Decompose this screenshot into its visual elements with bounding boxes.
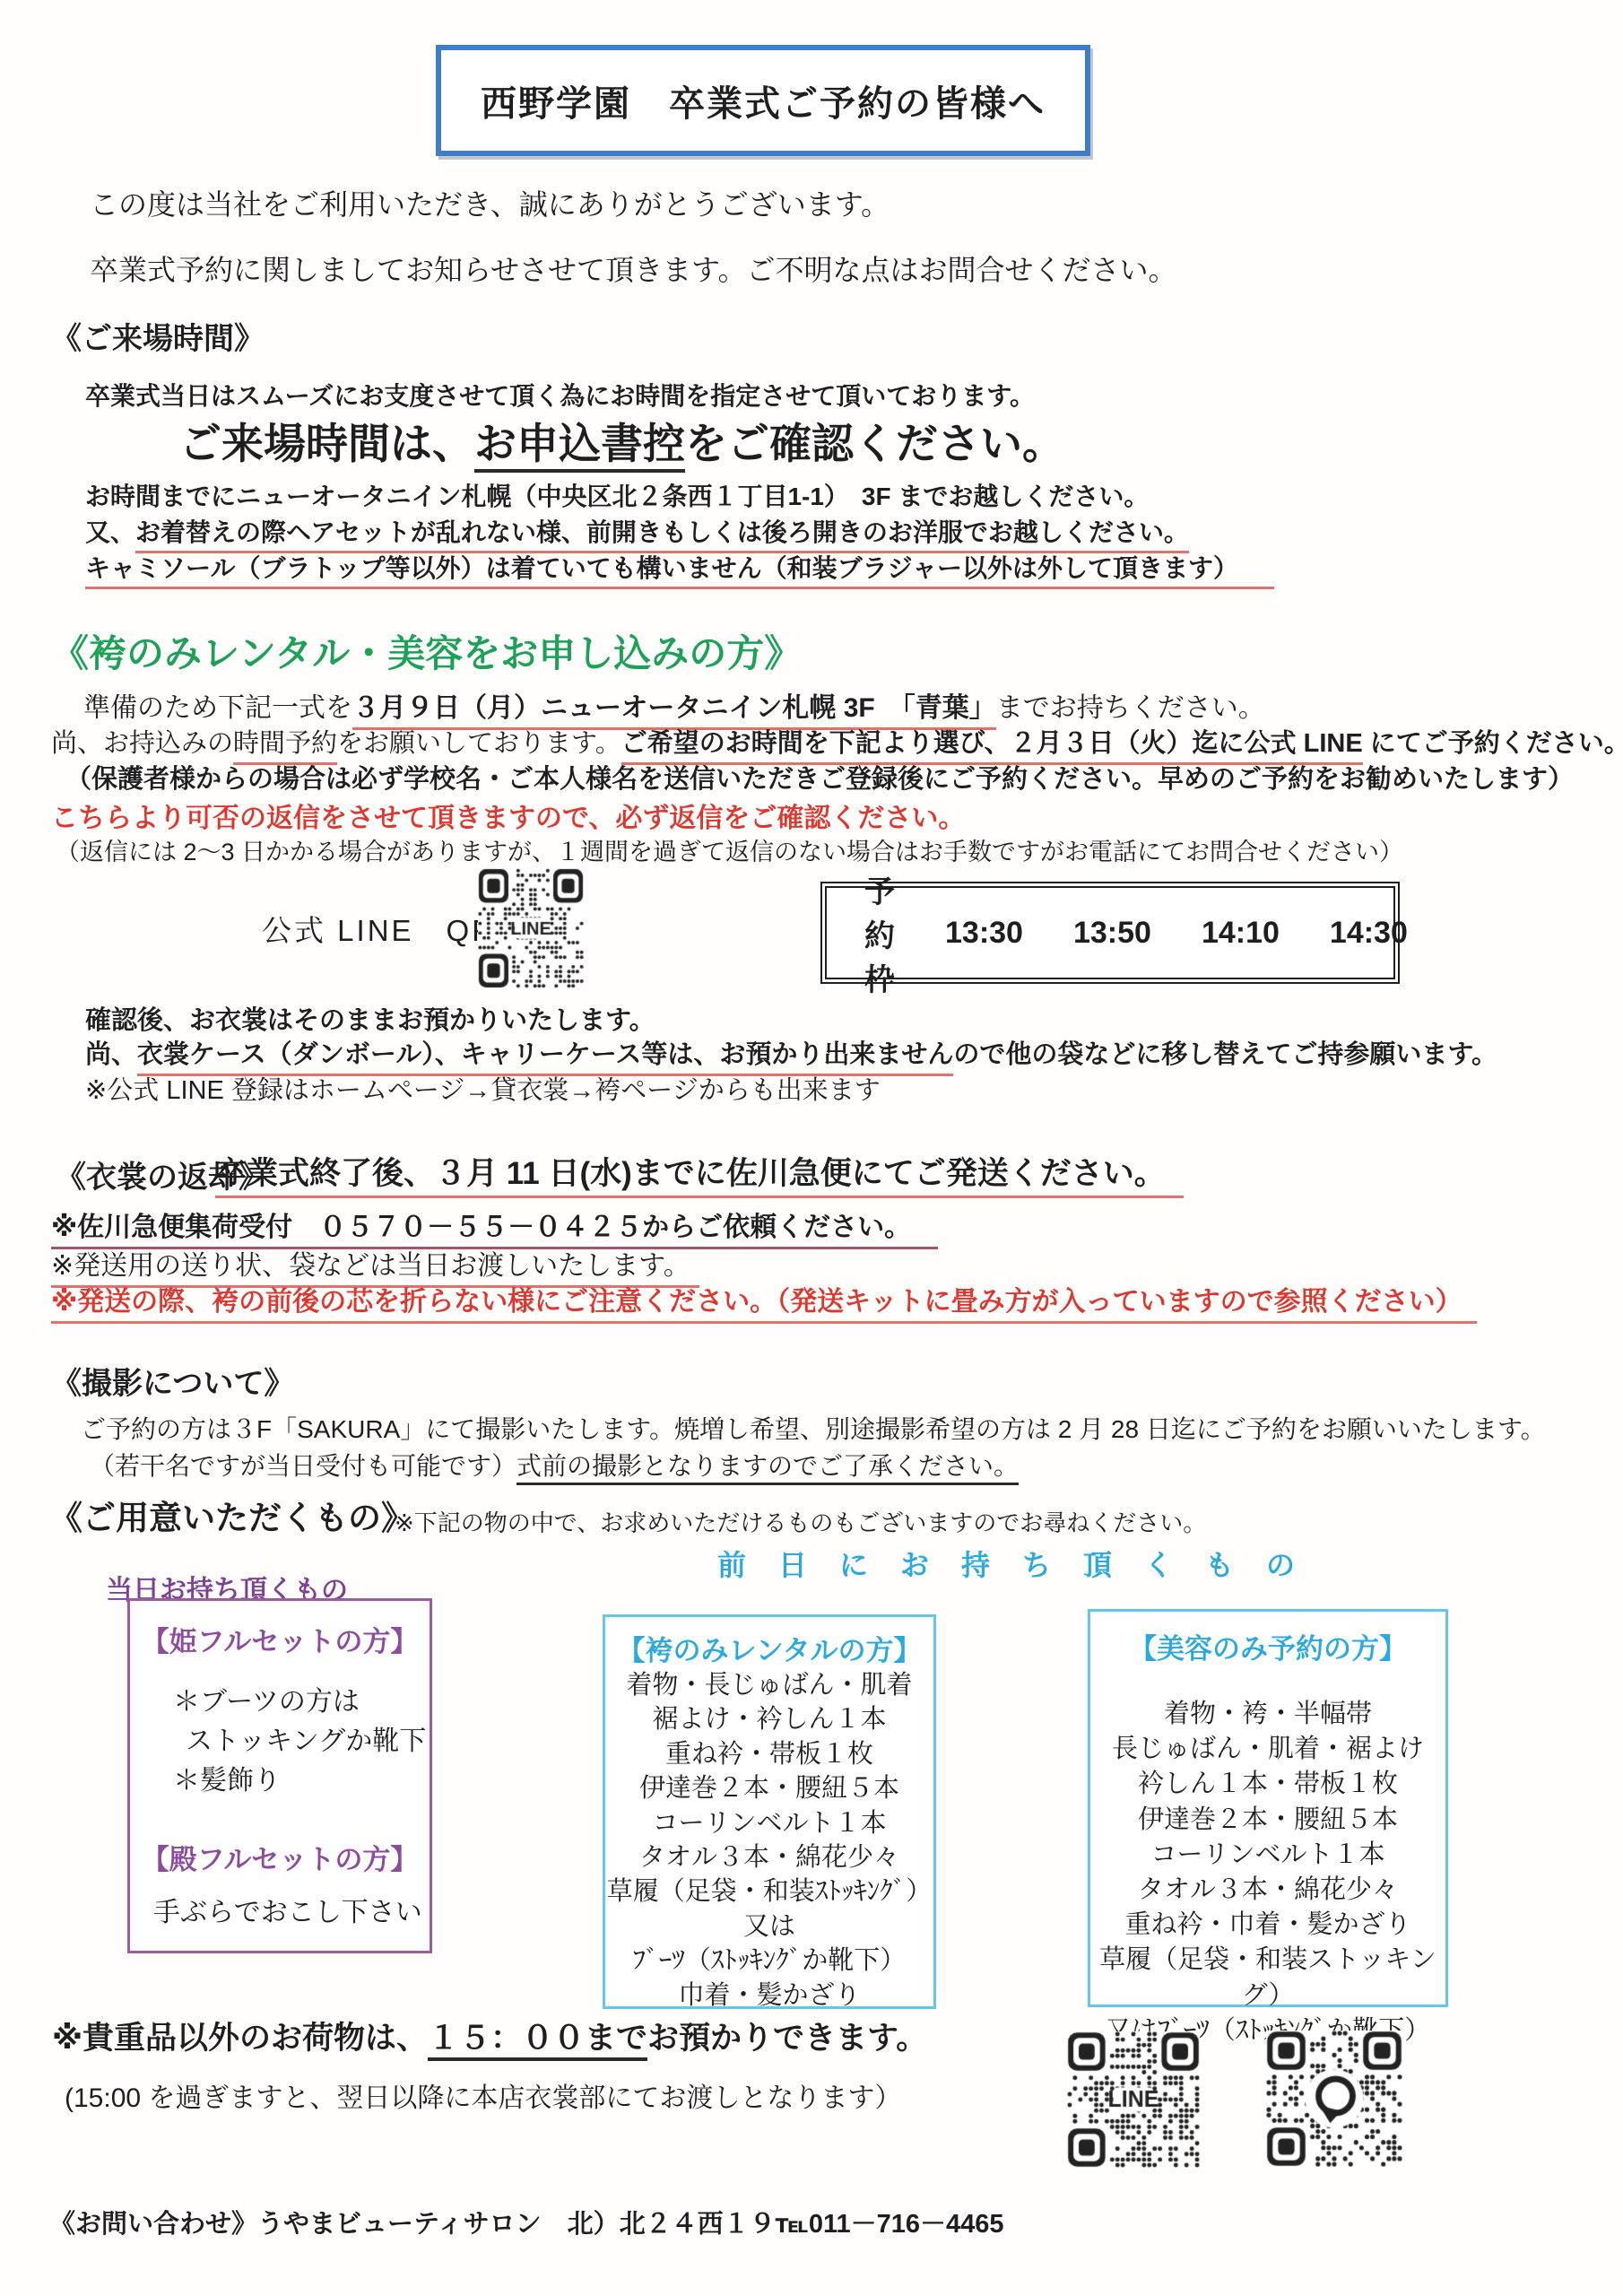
tono-fullset-items: 手ぶらでおこし下さい [130,1893,430,1933]
hakama-line-1: 準備のため下記一式を３月９日（月）ニューオータニイン札幌 3F 「青葉」までお持… [83,685,1265,725]
beauty-only-items-list: 着物・袴・半幅帯長じゅばん・肌着・裾よけ衿しん１本・帯板１枚伊達巻２本・腰紐５本… [1090,1697,1445,2048]
beauty-only-item: 長じゅばん・肌着・裾よけ [1090,1732,1445,1767]
hime-fullset-title: 【姫フルセットの方】 [130,1619,430,1659]
beauty-only-item: コーリンベルト１本 [1090,1838,1445,1873]
reservation-slot-time: 14:10 [1202,916,1280,951]
tono-fullset-title: 【殿フルセットの方】 [130,1837,430,1877]
chat-qr-code-bottom [1266,2031,1402,2167]
tono-fullset-item: 手ぶらでおこし下さい [130,1893,430,1933]
hime-fullset-items: ＊ブーツの方はストッキングか靴下＊髪飾り [130,1683,430,1801]
baggage-storage-note: (15:00 を過ぎますと、翌日以降に本店衣裳部にてお渡しとなります） [65,2075,901,2115]
document-title-box: 西野学園 卒業式ご予約の皆様へ [436,45,1090,156]
hakama-rental-item: 巾着・髪かざり [605,1979,933,2013]
reservation-slot-time: 13:50 [1073,916,1151,951]
hime-fullset-item: ストッキングか靴下 [130,1722,430,1761]
costume-return-deadline-text: 卒業式終了後、３月 11 日(水)までに佐川急便にてご発送ください。 [215,1156,1184,1198]
visit-big-post: をご確認ください。 [685,420,1064,467]
hakama-rental-item: ﾌﾞｰﾂ（ｽﾄｯｷﾝｸﾞか靴下） [605,1944,933,1978]
after-confirm-line-3: ※公式 LINE 登録はホームページ→貸衣裳→袴ページからも出来ます [85,1070,881,1107]
after-confirm-line-2-pre: 尚、 [85,1040,137,1069]
section-heading-visit-time: 《ご来場時間》 [51,314,265,358]
baggage-storage-notice: ※貴重品以外のお荷物は、１５：００までお預かりできます。 [52,2013,927,2058]
line-qr-code-bottom [1067,2031,1200,2168]
visit-detail-3: キャミソール（ブラトップ等以外）は着ていても構いません（和装ブラジャー以外は外し… [85,549,1274,585]
day-before-items-heading: 前日にお持ち頂くもの [717,1543,1327,1584]
intro-line-1: この度は当社をご利用いただき、誠にありがとうございます。 [90,182,890,223]
section-heading-items-to-prepare: 《ご用意いただくもの》 [49,1491,414,1539]
section-heading-photography: 《撮影について》 [51,1359,294,1403]
hime-fullset-item: ＊髪飾り [130,1761,430,1801]
reservation-slot-times: 13:3013:5014:1014:30 [945,916,1408,951]
visit-detail-2-pre: 又、 [85,518,135,546]
beauty-only-items-title: 【美容のみ予約の方】 [1090,1626,1445,1666]
line-qr-code [478,868,584,988]
return-note-folding-warning-text: ※発送の際、袴の前後の芯を折らない様にご注意ください。（発送キットに畳み方が入っ… [51,1287,1477,1324]
day-of-items-box: 【姫フルセットの方】 ＊ブーツの方はストッキングか靴下＊髪飾り 【殿フルセットの… [127,1598,432,1953]
visit-time-note: 卒業式当日はスムーズにお支度させて頂く為にお時間を指定させて頂いております。 [85,377,1035,413]
hakama-line-2-pre: 尚、お持込みの [51,729,233,758]
hakama-rental-item: コーリンベルト１本 [605,1806,933,1840]
hakama-line-2-mid: をお願いしております。 [337,729,621,758]
hakama-rental-item: 裾よけ・衿しん１本 [605,1702,933,1736]
photography-line-2-underlined: 式前の撮影となりますのでご了承ください。 [516,1452,1019,1485]
hakama-line-1-pre: 準備のため下記一式を [83,693,352,723]
return-note-folding-warning: ※発送の際、袴の前後の芯を折らない様にご注意ください。（発送キットに畳み方が入っ… [51,1279,1477,1318]
visit-detail-3-underlined: キャミソール（ブラトップ等以外）は着ていても構いません（和装ブラジャー以外は外し… [85,554,1274,589]
intro-line-2: 卒業式予約に関しましてお知らせさせて頂きます。ご不明な点はお問合せください。 [90,248,1176,289]
hime-fullset-item: ＊ブーツの方は [130,1683,430,1722]
visit-detail-2: 又、お着替えの際ヘアセットが乱れない様、前開きもしくは後ろ開きのお洋服でお越しく… [85,513,1189,549]
beauty-only-item: 草履（足袋・和装ストッキング） [1090,1943,1445,2013]
photography-line-2: （若干名ですが当日受付も可能です）式前の撮影となりますのでご了承ください。 [90,1447,1019,1483]
contact-info: 《お問い合わせ》うやまビューティサロン 北）北２４西１９℡011－716－446… [49,2204,1004,2240]
baggage-notice-pre: ※貴重品以外のお荷物は、 [52,2021,428,2056]
after-confirm-line-2-post: ので他の袋などに移し替えてご持参願います。 [953,1040,1497,1069]
hakama-rental-item: タオル３本・綿花少々 [605,1840,933,1874]
visit-big-underlined: お申込書控 [474,420,685,473]
hakama-rental-item: 重ね衿・帯板１枚 [605,1737,933,1771]
hakama-line-2-post: にてご予約ください。 [1363,729,1623,758]
beauty-only-item: 着物・袴・半幅帯 [1090,1697,1445,1732]
after-confirm-line-1: 確認後、お衣裳はそのままお預かりいたします。 [85,1000,655,1037]
hakama-line-2: 尚、お持込みの時間予約をお願いしております。ご希望のお時間を下記より選び、２月３… [51,723,1623,760]
return-note-shipping-slip: ※発送用の送り状、袋などは当日お渡しいたします。 [51,1243,699,1283]
visit-big-pre: ご来場時間は、 [179,420,474,467]
baggage-notice-time-underlined: １５：００まで [428,2021,647,2061]
reservation-slot-time: 14:30 [1330,916,1408,951]
reservation-slots-label: 予約枠 [864,867,895,999]
photography-line-1: ご予約の方は３F「SAKURA」にて撮影いたします。焼増し希望、別途撮影希望の方… [81,1410,1546,1446]
hakama-rental-items-title: 【袴のみレンタルの方】 [605,1628,933,1668]
after-confirm-line-2: 尚、衣裳ケース（ダンボール）、キャリーケース等は、お預かり出来ませんので他の袋な… [85,1034,1497,1071]
hakama-line-5: （返信には 2～3 日かかる場合がありますが、１週間を過ぎて返信のない場合はお手… [56,832,1403,867]
costume-return-deadline: 卒業式終了後、３月 11 日(水)までに佐川急便にてご発送ください。 [215,1149,1184,1194]
section-heading-hakama-rental: 《袴のみレンタル・美容をお申し込みの方》 [51,624,802,678]
beauty-only-item: 衿しん１本・帯板１枚 [1090,1767,1445,1802]
visit-time-highlight: ご来場時間は、お申込書控をご確認ください。 [179,411,1064,471]
hakama-line-4-warning: こちらより可否の返信をさせて頂きますので、必ず返信をご確認ください。 [51,796,965,835]
hakama-line-3: （保護者様からの場合は必ず学校名・ご本人様名を送信いただきご登録後にご予約くださ… [65,759,1574,796]
hakama-rental-item: 伊達巻２本・腰紐５本 [605,1771,933,1805]
baggage-notice-post: お預かりできます。 [647,2021,927,2056]
reservation-slot-time: 13:30 [945,916,1023,951]
hakama-rental-items-list: 着物・長じゅばん・肌着裾よけ・衿しん１本重ね衿・帯板１枚伊達巻２本・腰紐５本コー… [605,1668,933,2013]
hakama-rental-item: 草履（足袋・和装ｽﾄｯｷﾝｸﾞ） [605,1874,933,1909]
return-note-pickup-phone: ※佐川急便集荷受付 ０５７０－５５－０４２５からご依頼ください。 [51,1205,938,1244]
hakama-rental-item: 又は [605,1909,933,1944]
items-to-prepare-note: ※下記の物の中で、お求めいただけるものもございますのでお尋ねください。 [395,1505,1206,1538]
scanned-notice-page: 西野学園 卒業式ご予約の皆様へ この度は当社をご利用いただき、誠にありがとうござ… [0,0,1623,2296]
photography-line-2-pre: （若干名ですが当日受付も可能です） [90,1452,516,1480]
hakama-line-1-post: までお持ちください。 [996,693,1265,723]
hakama-rental-items-box: 【袴のみレンタルの方】 着物・長じゅばん・肌着裾よけ・衿しん１本重ね衿・帯板１枚… [603,1614,936,2009]
hakama-rental-item: 着物・長じゅばん・肌着 [605,1668,933,1702]
beauty-only-item: タオル３本・綿花少々 [1090,1873,1445,1908]
visit-detail-1: お時間までにニューオータニイン札幌（中央区北２条西１丁目1-1） 3F までお越… [85,477,1149,513]
document-title: 西野学園 卒業式ご予約の皆様へ [481,75,1046,126]
beauty-only-items-box: 【美容のみ予約の方】 着物・袴・半幅帯長じゅばん・肌着・裾よけ衿しん１本・帯板１… [1088,1609,1448,2007]
beauty-only-item: 重ね衿・巾着・髪かざり [1090,1908,1445,1943]
reservation-slots-box: 予約枠 13:3013:5014:1014:30 [825,886,1395,979]
beauty-only-item: 伊達巻２本・腰紐５本 [1090,1803,1445,1838]
